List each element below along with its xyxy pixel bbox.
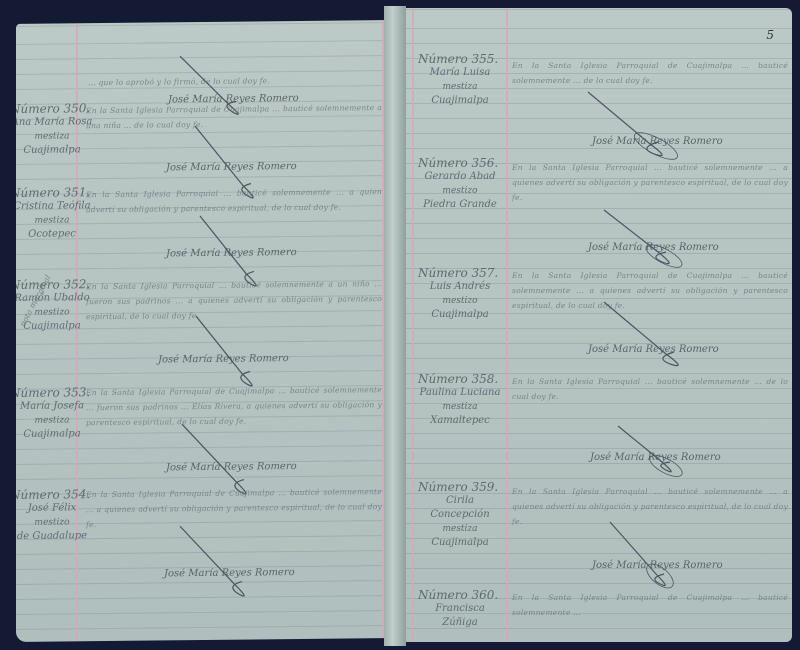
entry-header: Número 356. Gerardo Abad mestizo Piedra …	[416, 156, 504, 212]
entry-place: Cuajimalpa	[416, 308, 504, 322]
entry-header: Número 357. Luis Andrés mestizo Cuajimal…	[416, 266, 504, 322]
signature: José María Reyes Romero	[592, 136, 723, 147]
entry-text: En la Santa Iglesia Parroquial de Cuajim…	[86, 100, 382, 165]
entry-text: En la Santa Iglesia Parroquial de Cuajim…	[512, 268, 788, 344]
entry-number: Número 352.	[16, 277, 96, 292]
entry-place: Cuajimalpa	[16, 143, 96, 158]
entry-status: mestiza	[16, 413, 96, 428]
entry-place: Cuajimalpa	[416, 536, 504, 550]
entry-status: mestizo	[16, 515, 96, 530]
entry-continuation-text: ... que lo aprobó y lo firmó, de lo cual…	[88, 73, 318, 91]
signature: José María Reyes Romero	[158, 353, 289, 365]
signature: José María Reyes Romero	[590, 452, 721, 463]
entry-text: En la Santa Iglesia Parroquial ... bauti…	[86, 184, 382, 249]
entry-header: Número 351. Cristina Teófila mestiza Oco…	[16, 185, 96, 242]
entry-header: Número 360. Francisca Zúñiga	[416, 588, 504, 630]
entry-name: Paulina Luciana	[416, 386, 504, 400]
entry-number: Número 357.	[416, 266, 504, 280]
entry-name: Luis Andrés	[416, 280, 504, 294]
entry-status: mestizo	[416, 184, 504, 198]
entry-text: En la Santa Iglesia Parroquial de Cuajim…	[86, 382, 382, 461]
entry-number: Número 356.	[416, 156, 504, 170]
entry-name: Ana María Rosa	[16, 115, 96, 130]
entry-place: Cuajimalpa	[416, 94, 504, 108]
page-number-mark: 5	[766, 28, 774, 42]
entry-text: En la Santa Iglesia Parroquial ... bauti…	[512, 484, 788, 560]
entry-status: mestizo	[16, 305, 96, 320]
entry-number: Número 358.	[416, 372, 504, 386]
entry-header: Número 355. María Luisa mestiza Cuajimal…	[416, 52, 504, 108]
entry-place: Piedra Grande	[416, 198, 504, 212]
entry-text: En la Santa Iglesia Parroquial de Cuajim…	[512, 58, 788, 134]
entry-name: José Félix	[16, 501, 96, 516]
entry-number: Número 350.	[16, 101, 96, 116]
entry-header: Número 354. José Félix mestizo de Guadal…	[16, 487, 96, 544]
entry-status: mestiza	[416, 522, 504, 536]
entry-place: Cuajimalpa	[16, 319, 96, 334]
book-gutter	[384, 6, 406, 646]
signature: José María Reyes Romero	[166, 461, 297, 473]
entry-status: mestizo	[416, 294, 504, 308]
signature: José María Reyes Romero	[588, 344, 719, 355]
signature: José María Reyes Romero	[166, 247, 297, 259]
entry-status: mestiza	[416, 400, 504, 414]
entry-header: Número 352. Ramón Ubaldo mestizo Cuajima…	[16, 277, 96, 334]
entry-text: En la Santa Iglesia Parroquial de Cuajim…	[86, 484, 382, 563]
entry-status: mestiza	[416, 80, 504, 94]
signature: José María Reyes Romero	[166, 161, 297, 173]
entry-name: María Luisa	[416, 66, 504, 80]
entry-place: Cuajimalpa	[16, 427, 96, 442]
entry-header: Número 358. Paulina Luciana mestiza Xama…	[416, 372, 504, 428]
entry-header: Número 353. María Josefa mestiza Cuajima…	[16, 385, 96, 442]
entry-place: Ocotepec	[16, 227, 96, 242]
entry-status: mestiza	[16, 129, 96, 144]
entry-name: María Josefa	[16, 399, 96, 414]
entry-name: Cirila Concepción	[416, 494, 504, 522]
entry-text: En la Santa Iglesia Parroquial ... bauti…	[512, 160, 788, 236]
entry-name: Ramón Ubaldo	[16, 291, 96, 306]
left-page: nota marginal ... que lo aprobó y lo fir…	[16, 20, 388, 642]
margin-rule	[412, 8, 414, 642]
entry-header: Número 350. Ana María Rosa mestiza Cuaji…	[16, 101, 96, 158]
entry-status: mestiza	[16, 213, 96, 228]
entry-number: Número 359.	[416, 480, 504, 494]
entry-text: En la Santa Iglesia Parroquial de Cuajim…	[512, 590, 788, 622]
signature: José María Reyes Romero	[592, 560, 723, 571]
signature: José María Reyes Romero	[588, 242, 719, 253]
margin-rule	[506, 8, 508, 642]
entry-place: de Guadalupe	[16, 529, 96, 544]
entry-number: Número 351.	[16, 185, 96, 200]
entry-number: Número 354.	[16, 487, 96, 502]
entry-number: Número 353.	[16, 385, 96, 400]
entry-number: Número 355.	[416, 52, 504, 66]
entry-text: En la Santa Iglesia Parroquial ... bauti…	[512, 374, 788, 450]
entry-header: Número 359. Cirila Concepción mestiza Cu…	[416, 480, 504, 550]
entry-text: En la Santa Iglesia Parroquial ... bauti…	[86, 276, 382, 355]
entry-number: Número 360.	[416, 588, 504, 602]
entry-place: Xamaltepec	[416, 414, 504, 428]
entry-name: Cristina Teófila	[16, 199, 96, 214]
signature: José María Reyes Romero	[164, 567, 295, 579]
entry-name: Gerardo Abad	[416, 170, 504, 184]
entry-name: Francisca Zúñiga	[416, 602, 504, 630]
right-page: 5 Número 355. María Luisa mestiza Cuajim…	[400, 8, 792, 642]
